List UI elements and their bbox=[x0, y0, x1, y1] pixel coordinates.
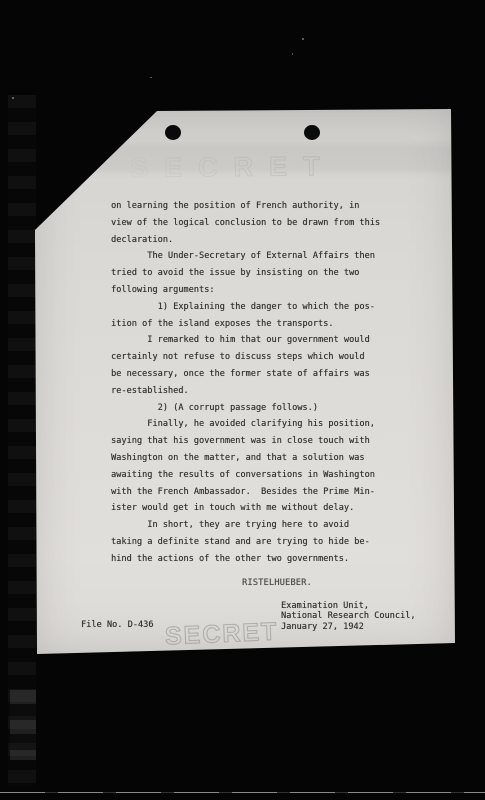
file-number: File No. D-436 bbox=[81, 620, 153, 630]
secret-stamp-top: SECRET bbox=[130, 151, 336, 184]
punch-hole-right bbox=[304, 125, 320, 140]
punch-hole-left bbox=[165, 125, 181, 140]
issuing-office-block: Examination Unit, National Research Coun… bbox=[281, 601, 416, 632]
film-dust-speck bbox=[302, 38, 304, 40]
film-dust-speck bbox=[12, 97, 14, 99]
document-page: SECRET on learning the position of Frenc… bbox=[35, 108, 455, 655]
film-edge-texture bbox=[8, 95, 36, 785]
signature-name: RISTELHUEBER. bbox=[242, 578, 312, 588]
film-dust-speck bbox=[292, 53, 293, 55]
film-edge-texture-bright bbox=[10, 690, 36, 760]
film-dust-speck bbox=[150, 77, 152, 78]
secret-stamp-bottom: SECRET bbox=[164, 618, 279, 652]
film-scratch-line bbox=[0, 792, 485, 793]
document-body-text: on learning the position of French autho… bbox=[111, 198, 380, 568]
microfilm-frame: SECRET on learning the position of Frenc… bbox=[0, 0, 485, 800]
